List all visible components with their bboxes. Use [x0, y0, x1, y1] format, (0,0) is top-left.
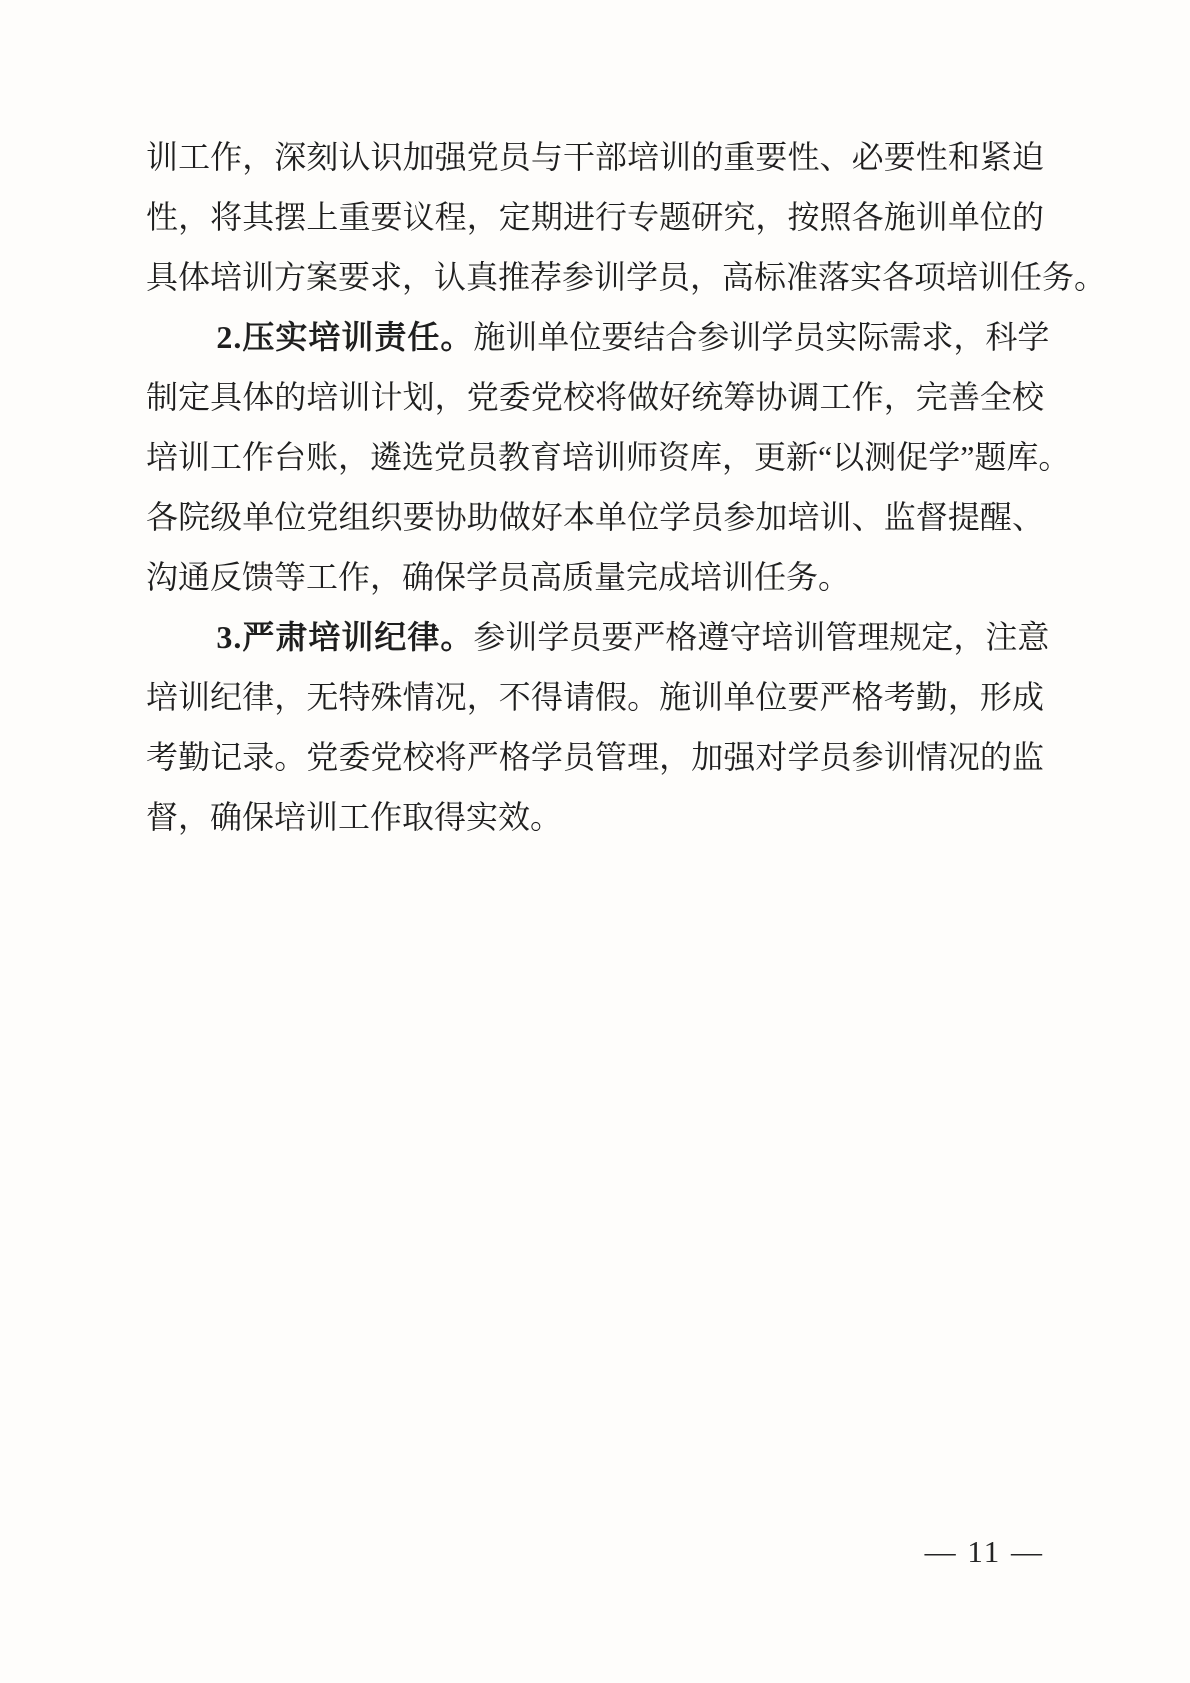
- text-line-body: 训工作，深刻认识加强党员与干部培训的重要性、必要性和紧迫: [146, 139, 1044, 175]
- text-line-body: 考勤记录。党委党校将严格学员管理，加强对学员参训情况的监: [146, 739, 1044, 775]
- text-line-paragraph-3-start: 3.严肃培训纪律。参训学员要严格遵守培训管理规定，注意: [146, 607, 1044, 667]
- paragraph-lead-bold: 3.严肃培训纪律。: [216, 619, 473, 655]
- text-line-body: 各院级单位党组织要协助做好本单位学员参加培训、监督提醒、: [146, 499, 1044, 535]
- page-number: — 11 —: [925, 1532, 1044, 1572]
- text-line: 训工作，深刻认识加强党员与干部培训的重要性、必要性和紧迫: [146, 127, 1044, 187]
- text-line-body: 性，将其摆上重要议程，定期进行专题研究，按照各施训单位的: [146, 199, 1044, 235]
- text-line: 各院级单位党组织要协助做好本单位学员参加培训、监督提醒、: [146, 487, 1044, 547]
- text-line-body: 具体培训方案要求，认真推荐参训学员，高标准落实各项培训任务。: [146, 259, 1106, 295]
- text-line-body: 培训纪律，无特殊情况，不得请假。施训单位要严格考勤，形成: [146, 679, 1044, 715]
- paragraph-lead-bold: 2.压实培训责任。: [216, 319, 473, 355]
- text-line-body: 督，确保培训工作取得实效。: [146, 799, 562, 835]
- text-line: 考勤记录。党委党校将严格学员管理，加强对学员参训情况的监: [146, 727, 1044, 787]
- text-line: 制定具体的培训计划，党委党校将做好统筹协调工作，完善全校: [146, 367, 1044, 427]
- document-body: 训工作，深刻认识加强党员与干部培训的重要性、必要性和紧迫 性，将其摆上重要议程，…: [146, 127, 1044, 847]
- text-line-body: 培训工作台账，遴选党员教育培训师资库，更新“以测促学”题库。: [146, 439, 1070, 475]
- text-line: 培训工作台账，遴选党员教育培训师资库，更新“以测促学”题库。: [146, 427, 1044, 487]
- document-page: 训工作，深刻认识加强党员与干部培训的重要性、必要性和紧迫 性，将其摆上重要议程，…: [0, 0, 1190, 1683]
- text-line-body: 制定具体的培训计划，党委党校将做好统筹协调工作，完善全校: [146, 379, 1044, 415]
- text-line-body: 参训学员要严格遵守培训管理规定，注意: [473, 619, 1049, 655]
- text-line: 具体培训方案要求，认真推荐参训学员，高标准落实各项培训任务。: [146, 247, 1044, 307]
- text-line-paragraph-2-start: 2.压实培训责任。施训单位要结合参训学员实际需求，科学: [146, 307, 1044, 367]
- text-line: 性，将其摆上重要议程，定期进行专题研究，按照各施训单位的: [146, 187, 1044, 247]
- text-line: 培训纪律，无特殊情况，不得请假。施训单位要严格考勤，形成: [146, 667, 1044, 727]
- text-line-body: 施训单位要结合参训学员实际需求，科学: [473, 319, 1049, 355]
- text-line-paragraph-2-end: 沟通反馈等工作，确保学员高质量完成培训任务。: [146, 547, 1044, 607]
- text-line-paragraph-3-end: 督，确保培训工作取得实效。: [146, 787, 1044, 847]
- text-line-body: 沟通反馈等工作，确保学员高质量完成培训任务。: [146, 559, 850, 595]
